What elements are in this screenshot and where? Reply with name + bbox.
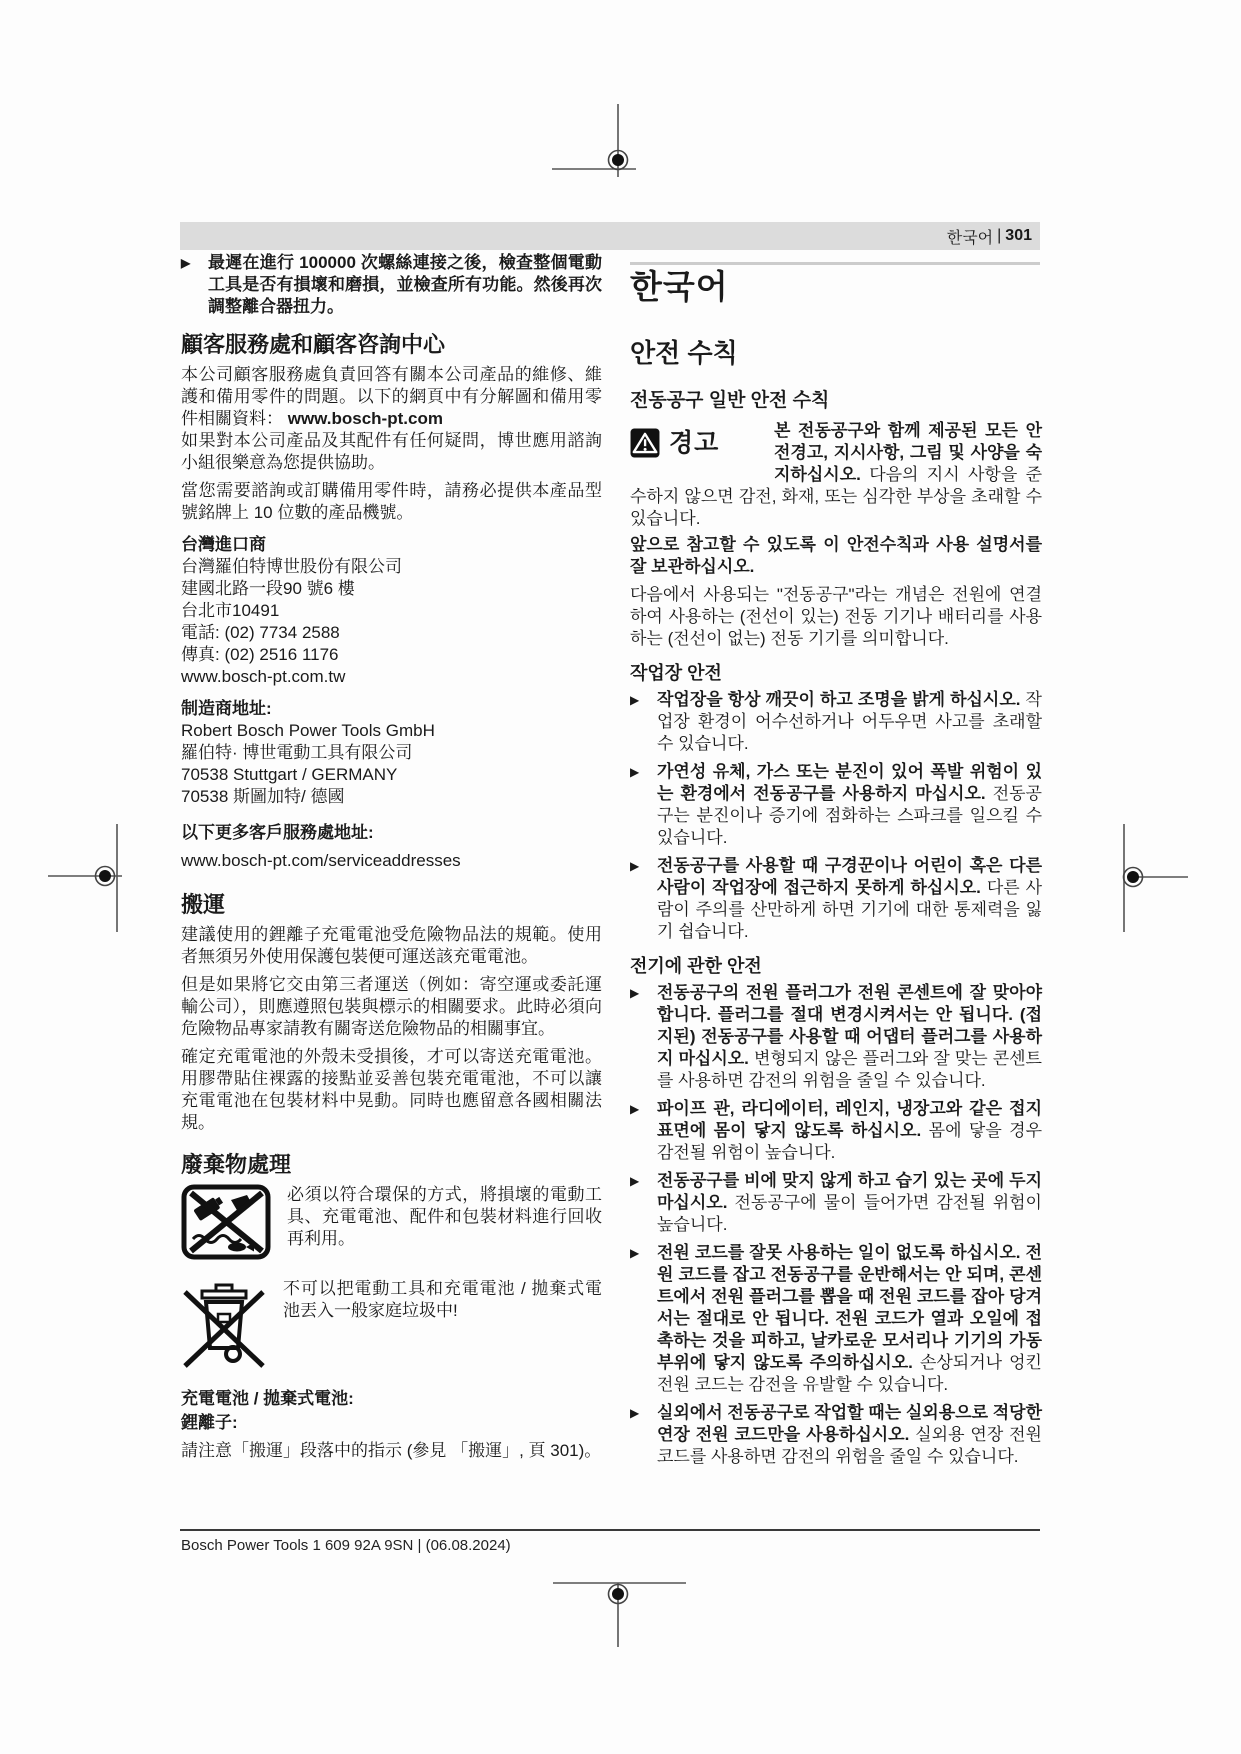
service-help-paragraph: 如果對本公司產品及其配件有任何疑問，博世應用諮詢小組很樂意為您提供協助。 <box>181 430 602 474</box>
registration-mark-bottom <box>553 1583 686 1647</box>
bullet-bold-text: 가연성 유체, 가스 또는 분진이 있어 폭발 위험이 있는 환경에서 전동공구… <box>657 762 1042 803</box>
transport-paragraph: 建議使用的鋰離子充電電池受危險物品法的規範。使用者無須另外使用保護包裝便可運送該… <box>181 924 602 968</box>
importer-address-line: 傳真: (02) 2516 1176 <box>181 644 602 666</box>
importer-address-line: 電話: (02) 7734 2588 <box>181 622 602 644</box>
transport-reference-note: 請注意「搬運」段落中的指示 (參見 「搬運」, 頁 301)。 <box>181 1440 602 1462</box>
manufacturer-address-line: 70538 斯圖加特/ 德國 <box>181 786 602 808</box>
transport-paragraph: 但是如果將它交由第三者運送（例如：寄空運或委託運輸公司），則應遵照包裝與標示的相… <box>181 974 602 1040</box>
safety-bullet: ▶ 파이프 관, 라디에이터, 레인지, 냉장고와 같은 접지 표면에 몸이 닿… <box>630 1098 1042 1164</box>
bullet-triangle-icon: ▶ <box>181 252 190 274</box>
importer-website-link: www.bosch-pt.com.tw <box>181 666 602 688</box>
manufacturer-address-line: 羅伯特· 博世電動工具有限公司 <box>181 742 602 764</box>
safety-bullet: ▶ 전동공구의 전원 플러그가 전원 콘센트에 잘 맞아야 합니다. 플러그를 … <box>630 982 1042 1092</box>
keep-instructions-note: 앞으로 참고할 수 있도록 이 안전수칙과 사용 설명서를 잘 보관하십시오. <box>630 534 1042 578</box>
warning-block: 경고 본 전동공구와 함께 제공된 모든 안전경고, 지시사항, 그림 및 사양… <box>630 420 1042 530</box>
right-column: 한국어 안전 수칙 전동공구 일반 안전 수칙 경고 본 전동공구와 함께 제공… <box>630 268 1042 1474</box>
page-root: 한국어 | 301 ▶ 最遲在進行 100000 次螺絲連接之後，檢查整個電動工… <box>0 0 1241 1754</box>
safety-bullet: ▶ 전동공구를 사용할 때 구경꾼이나 어린이 혹은 다른 사람이 작업장에 접… <box>630 855 1042 943</box>
screw-check-note-text: 最遲在進行 100000 次螺絲連接之後，檢查整個電動工具是否有損壞和磨損，並檢… <box>208 253 602 316</box>
li-ion-heading: 鋰離子: <box>181 1412 602 1434</box>
spare-parts-paragraph: 當您需要諮詢或訂購備用零件時，請務必提供本產品型號銘牌上 10 位數的產品機號。 <box>181 480 602 524</box>
recycle-instruction-text: 必須以符合環保的方式，將損壞的電動工具、充電電池、配件和包裝材料進行回收再利用。 <box>287 1184 602 1250</box>
footer-rule <box>180 1529 1040 1531</box>
header-language-label: 한국어 <box>947 225 993 248</box>
safety-bullet: ▶ 가연성 유체, 가스 또는 분진이 있어 폭발 위험이 있는 환경에서 전동… <box>630 761 1042 849</box>
transport-heading: 搬運 <box>181 894 602 916</box>
transport-paragraph: 確定充電電池的外殼未受損後，才可以寄送充電電池。用膠帶貼住裸露的接點並妥善包裝充… <box>181 1046 602 1134</box>
safety-bullet: ▶ 실외에서 전동공구로 작업할 때는 실외용으로 적당한 연장 전원 코드만을… <box>630 1402 1042 1468</box>
bullet-bold-text: 작업장을 항상 깨끗이 하고 조명을 밝게 하십시오. <box>657 690 1020 709</box>
manufacturer-heading: 制造商地址: <box>181 698 602 720</box>
bullet-triangle-icon: ▶ <box>630 1402 639 1424</box>
bullet-triangle-icon: ▶ <box>630 982 639 1004</box>
taiwan-importer-heading: 台灣進口商 <box>181 534 602 556</box>
left-column: ▶ 最遲在進行 100000 次螺絲連接之後，檢查整個電動工具是否有損壞和磨損，… <box>181 252 602 1468</box>
importer-address-line: 台北市10491 <box>181 600 602 622</box>
safety-rules-heading: 안전 수칙 <box>630 338 1042 368</box>
warning-triangle-icon <box>630 428 660 458</box>
bullet-triangle-icon: ▶ <box>630 1242 639 1264</box>
header-bar: 한국어 | 301 <box>180 222 1040 250</box>
importer-address-line: 台灣羅伯特博世股份有限公司 <box>181 556 602 578</box>
manufacturer-address-line: 70538 Stuttgart / GERMANY <box>181 764 602 786</box>
bullet-triangle-icon: ▶ <box>630 1098 639 1120</box>
power-tool-definition: 다음에서 사용되는 "전동공구"라는 개념은 전원에 연결하여 사용하는 (전선… <box>630 584 1042 650</box>
manufacturer-address-line: Robert Bosch Power Tools GmbH <box>181 720 602 742</box>
registration-mark-left <box>48 824 122 932</box>
crossed-out-wheelie-bin-icon <box>181 1278 267 1376</box>
warning-badge: 경고 <box>630 420 774 466</box>
safety-bullet: ▶ 전동공구를 비에 맞지 않게 하고 습기 있는 곳에 두지 마십시오. 전동… <box>630 1170 1042 1236</box>
header-page-number: 301 <box>1005 227 1032 245</box>
warning-label: 경고 <box>669 432 719 454</box>
battery-types-heading: 充電電池 / 拋棄式電池: <box>181 1388 602 1410</box>
general-safety-heading: 전동공구 일반 안전 수칙 <box>630 390 1042 412</box>
customer-service-paragraph: 本公司顧客服務處負責回答有關本公司產品的維修、維護和備用零件的問題。以下的網頁中… <box>181 364 602 430</box>
importer-address-line: 建國北路一段90 號6 樓 <box>181 578 602 600</box>
safety-bullet: ▶ 작업장을 항상 깨끗이 하고 조명을 밝게 하십시오. 작업장 환경이 어수… <box>630 689 1042 755</box>
disposal-heading: 廢棄物處理 <box>181 1154 602 1176</box>
service-addresses-link: www.bosch-pt.com/serviceaddresses <box>181 850 602 872</box>
household-waste-text: 不可以把電動工具和充電電池 / 拋棄式電池丟入一般家庭垃圾中! <box>283 1278 602 1322</box>
electrical-safety-heading: 전기에 관한 안전 <box>630 955 1042 977</box>
bullet-triangle-icon: ▶ <box>630 689 639 711</box>
registration-mark-right <box>1124 824 1189 932</box>
bullet-triangle-icon: ▶ <box>630 855 639 877</box>
service-website-link: www.bosch-pt.com <box>288 409 443 428</box>
household-waste-row: 不可以把電動工具和充電電池 / 拋棄式電池丟入一般家庭垃圾中! <box>181 1278 602 1376</box>
footer-text: Bosch Power Tools 1 609 92A 9SN | (06.08… <box>181 1537 511 1554</box>
registration-mark-top <box>552 104 636 177</box>
header-separator: | <box>997 227 1001 245</box>
customer-service-heading: 顧客服務處和顧客咨詢中心 <box>181 334 602 356</box>
bullet-triangle-icon: ▶ <box>630 1170 639 1192</box>
bullet-triangle-icon: ▶ <box>630 761 639 783</box>
more-service-heading: 以下更多客戶服務處地址: <box>181 822 602 844</box>
workplace-safety-heading: 작업장 안전 <box>630 662 1042 684</box>
korean-title: 한국어 <box>630 268 1042 306</box>
safety-bullet: ▶ 전원 코드를 잘못 사용하는 일이 없도록 하십시오. 전원 코드를 잡고 … <box>630 1242 1042 1396</box>
bullet-bold-text: 전동공구를 사용할 때 구경꾼이나 어린이 혹은 다른 사람이 작업장에 접근하… <box>657 856 1042 897</box>
right-column-top-rule <box>630 262 1040 265</box>
screw-check-note: ▶ 最遲在進行 100000 次螺絲連接之後，檢查整個電動工具是否有損壞和磨損，… <box>181 252 602 318</box>
no-water-disposal-icon <box>181 1184 271 1266</box>
recycle-row: 必須以符合環保的方式，將損壞的電動工具、充電電池、配件和包裝材料進行回收再利用。 <box>181 1184 602 1266</box>
